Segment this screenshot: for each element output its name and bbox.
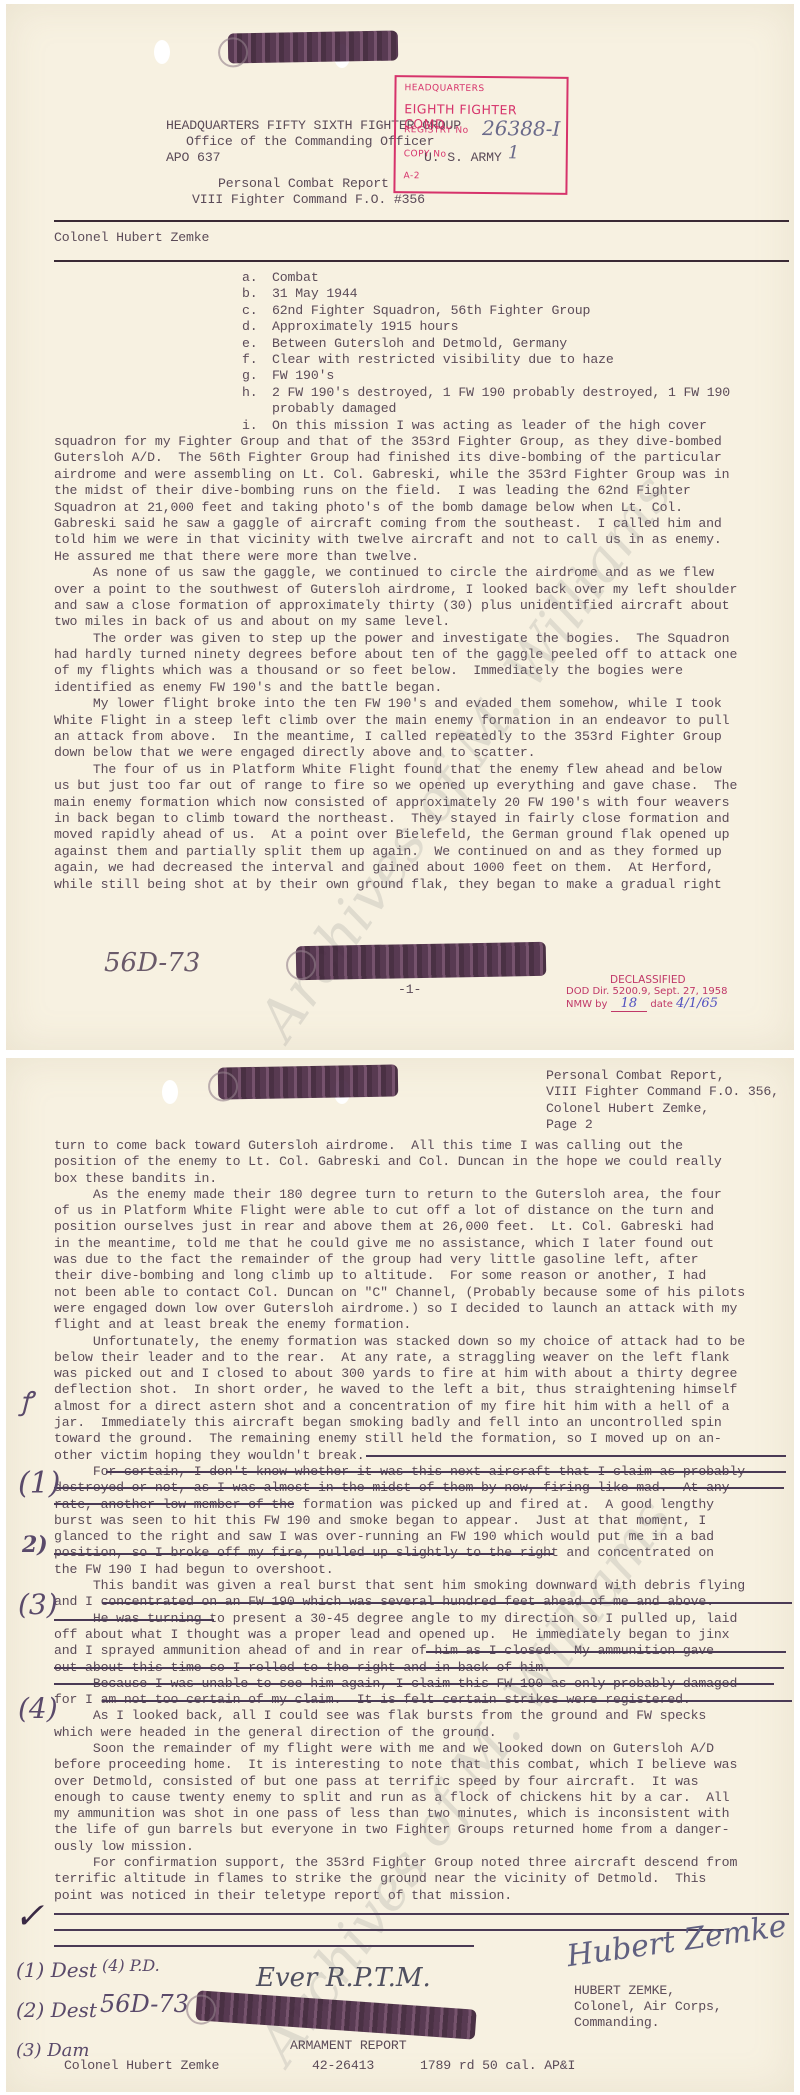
report-item: a.Combat xyxy=(242,270,730,286)
margin-mark-1: (1) xyxy=(18,1466,61,1501)
text-line: toward the ground. The remaining enemy s… xyxy=(54,1431,745,1447)
text-line: Unfortunately, the enemy formation was s… xyxy=(54,1334,745,1350)
margin-note-dest-2: (2) Dest xyxy=(16,1998,97,2022)
item-key: d. xyxy=(242,319,272,335)
armament-report-title: ARMAMENT REPORT xyxy=(290,2038,406,2054)
handwritten-initials: Ever R.P.T.M. xyxy=(256,1963,431,1993)
pilot-name: Colonel Hubert Zemke xyxy=(54,230,209,246)
text-line: which were headed in the general directi… xyxy=(54,1725,745,1741)
handwritten-file-number: 56D-73 xyxy=(100,1990,189,2018)
stamp-copy-label: COPY No xyxy=(404,149,447,159)
page-number: -1- xyxy=(398,982,421,998)
text-line: The four of us in Platform White Flight … xyxy=(54,762,737,778)
text-line: not been able to contact Col. Duncan on … xyxy=(54,1285,745,1301)
report-fo: VIII Fighter Command F.O. #356 xyxy=(192,192,425,208)
signature-title: Commanding. xyxy=(574,2015,659,2031)
text-line: identified as enemy FW 190's and the bat… xyxy=(54,680,737,696)
text-line: was due to the fact the remainder of the… xyxy=(54,1252,745,1268)
registry-number: 26388-I xyxy=(482,116,561,141)
item-text: On this mission I was acting as leader o… xyxy=(272,418,707,434)
text-line: Colonel Hubert Zemke, xyxy=(546,1101,779,1117)
registry-stamp: HEADQUARTERS EIGHTH FIGHTER COMD. REGIST… xyxy=(393,75,568,195)
text-line: two miles in back of us and about on my … xyxy=(54,614,737,630)
item-key: a. xyxy=(242,270,272,286)
item-text: probably damaged xyxy=(272,401,396,417)
item-text: Between Gutersloh and Detmold, Germany xyxy=(272,336,567,352)
pen-underline xyxy=(426,1651,786,1653)
text-line: below their leader and to the rear. At a… xyxy=(54,1350,745,1366)
text-line: an attack from above. In the meantime, I… xyxy=(54,729,737,745)
date-label: date xyxy=(650,999,673,1010)
text-line: box these bandits in. xyxy=(54,1171,745,1187)
pen-underline xyxy=(54,1683,774,1685)
item-key: e. xyxy=(242,336,272,352)
item-key: g. xyxy=(242,368,272,384)
margin-mark-2: 2) xyxy=(22,1532,48,1558)
text-line: jar. Immediately this aircraft began smo… xyxy=(54,1415,745,1431)
text-line: My lower flight broke into the ten FW 19… xyxy=(54,696,737,712)
text-line: off about what I thought was a proper le… xyxy=(54,1627,745,1643)
item-key: f. xyxy=(242,352,272,368)
text-line: of my flights which was a thousand or so… xyxy=(54,663,737,679)
report-item: c.62nd Fighter Squadron, 56th Fighter Gr… xyxy=(242,303,730,319)
stamp-section: A-2 xyxy=(404,171,421,181)
handwritten-file-number: 56D-73 xyxy=(104,948,200,978)
item-text: 62nd Fighter Squadron, 56th Fighter Grou… xyxy=(272,303,590,319)
punch-hole xyxy=(162,1080,178,1104)
running-header: Personal Combat Report,VIII Fighter Comm… xyxy=(546,1068,779,1134)
text-line: over Detmold, consisted of but one pass … xyxy=(54,1774,745,1790)
report-item: e.Between Gutersloh and Detmold, Germany xyxy=(242,336,730,352)
text-line: As I looked back, all I could see was fl… xyxy=(54,1708,745,1724)
text-line: position ourselves just in rear and abov… xyxy=(54,1219,745,1235)
item-key: i. xyxy=(242,418,272,434)
signature-rank: Colonel, Air Corps, xyxy=(574,1999,722,2015)
pen-underline xyxy=(102,1700,792,1702)
text-line: us but just too far out of range to fire… xyxy=(54,778,737,794)
margin-note-pd: (4) P.D. xyxy=(102,1956,160,1975)
stamp-registry-label: REGISTRY No xyxy=(404,125,469,136)
text-line: Personal Combat Report, xyxy=(546,1068,779,1084)
item-text: Combat xyxy=(272,270,319,286)
text-line: almost for a direct astern shot and a co… xyxy=(54,1399,745,1415)
text-line: turn to come back toward Gutersloh airdr… xyxy=(54,1138,745,1154)
text-line: Page 2 xyxy=(546,1117,779,1133)
report-item: d.Approximately 1915 hours xyxy=(242,319,730,335)
armament-rounds: 1789 rd 50 cal. AP&I xyxy=(420,2058,575,2074)
item-text: FW 190's xyxy=(272,368,334,384)
by-label: NMW by xyxy=(566,999,607,1010)
item-key: c. xyxy=(242,303,272,319)
text-line: White Flight in a steep left climb over … xyxy=(54,713,737,729)
text-line: VIII Fighter Command F.O. 356, xyxy=(546,1084,779,1100)
pen-underline xyxy=(54,1667,784,1669)
report-item: f.Clear with restricted visibility due t… xyxy=(242,352,730,368)
handwritten-signature: Hubert Zemke xyxy=(565,1909,789,1974)
divider xyxy=(54,220,789,222)
item-text: 2 FW 190's destroyed, 1 FW 190 probably … xyxy=(272,385,730,401)
report-item: h.2 FW 190's destroyed, 1 FW 190 probabl… xyxy=(242,385,730,401)
report-item: b.31 May 1944 xyxy=(242,286,730,302)
item-text: Approximately 1915 hours xyxy=(272,319,458,335)
report-items: a.Combatb.31 May 1944c.62nd Fighter Squa… xyxy=(242,270,730,434)
pen-underline xyxy=(102,1602,792,1604)
stamp-hq: HEADQUARTERS xyxy=(404,83,484,94)
by-value: 18 xyxy=(611,996,648,1012)
armament-pilot: Colonel Hubert Zemke xyxy=(64,2058,219,2074)
margin-note-dest-1: (1) Dest xyxy=(16,1958,97,1982)
text-line: of us in Platform White Flight were able… xyxy=(54,1203,745,1219)
pen-underline xyxy=(54,1619,214,1621)
pen-underline xyxy=(106,1471,786,1473)
text-line: squadron for my Fighter Group and that o… xyxy=(54,434,737,450)
margin-mark-3: (3) xyxy=(18,1588,58,1621)
declassified-stamp: DECLASSIFIED DOD Dir. 5200.9, Sept. 27, … xyxy=(566,974,727,1011)
date-value: 4/1/65 xyxy=(676,996,718,1011)
report-item: i.On this mission I was acting as leader… xyxy=(242,418,730,434)
redacted-classification-stamp xyxy=(218,1064,399,1099)
divider xyxy=(54,260,789,262)
item-key: h. xyxy=(242,385,272,401)
text-line: before proceeding home. It is interestin… xyxy=(54,1757,745,1773)
pen-underline xyxy=(366,1455,786,1457)
text-line: position of the enemy to Lt. Col. Gabres… xyxy=(54,1154,745,1170)
text-line: were engaged down low over Gutersloh air… xyxy=(54,1301,745,1317)
checkmark-icon: ✓ xyxy=(14,1896,44,1937)
pen-underline xyxy=(54,1487,784,1489)
pen-underline xyxy=(54,1553,554,1555)
copy-number: 1 xyxy=(508,142,520,163)
item-key xyxy=(242,401,272,417)
text-line: was picked out and I closed to about 300… xyxy=(54,1366,745,1382)
item-key: b. xyxy=(242,286,272,302)
declassified-by-line: NMW by 18 date 4/1/65 xyxy=(566,998,727,1011)
text-line: The order was given to step up the power… xyxy=(54,631,737,647)
item-text: 31 May 1944 xyxy=(272,286,357,302)
report-item: probably damaged xyxy=(242,401,730,417)
pen-underline xyxy=(54,1945,474,1947)
document-page-1: HEADQUARTERS FIFTY SIXTH FIGHTER GROUP O… xyxy=(6,4,794,1050)
text-line: had hardly turned ninety degrees before … xyxy=(54,647,737,663)
redacted-classification-stamp xyxy=(228,31,398,64)
header-apo: APO 637 xyxy=(166,150,220,166)
signature-name: HUBERT ZEMKE, xyxy=(574,1983,675,1999)
declassified-title: DECLASSIFIED xyxy=(566,974,727,986)
text-line: down below that we were engaged directly… xyxy=(54,745,737,761)
margin-mark-4: (4) xyxy=(18,1692,58,1725)
punch-hole xyxy=(154,40,170,64)
redacted-classification-stamp xyxy=(296,942,547,980)
item-text: Clear with restricted visibility due to … xyxy=(272,352,614,368)
pen-underline xyxy=(54,1913,789,1915)
text-line: deflection shot. In short order, he wave… xyxy=(54,1382,745,1398)
text-line: and saw a close formation of approximate… xyxy=(54,598,737,614)
text-line: over a point to the southwest of Gutersl… xyxy=(54,582,737,598)
document-page-2: Personal Combat Report,VIII Fighter Comm… xyxy=(6,1058,794,2092)
text-line: their dive-bombing and long climb up to … xyxy=(54,1268,745,1284)
text-line: enough to cause twenty enemy to split an… xyxy=(54,1790,745,1806)
report-item: g.FW 190's xyxy=(242,368,730,384)
text-line: in the meantime, told me that he could g… xyxy=(54,1236,745,1252)
text-line: flight and at least break the enemy form… xyxy=(54,1317,745,1333)
text-line: As the enemy made their 180 degree turn … xyxy=(54,1187,745,1203)
report-title: Personal Combat Report xyxy=(218,176,389,192)
text-line: Soon the remainder of my flight were wit… xyxy=(54,1741,745,1757)
pen-underline xyxy=(54,1503,294,1505)
armament-aircraft: 42-26413 xyxy=(312,2058,374,2074)
margin-mark: ꝭ xyxy=(20,1382,32,1418)
